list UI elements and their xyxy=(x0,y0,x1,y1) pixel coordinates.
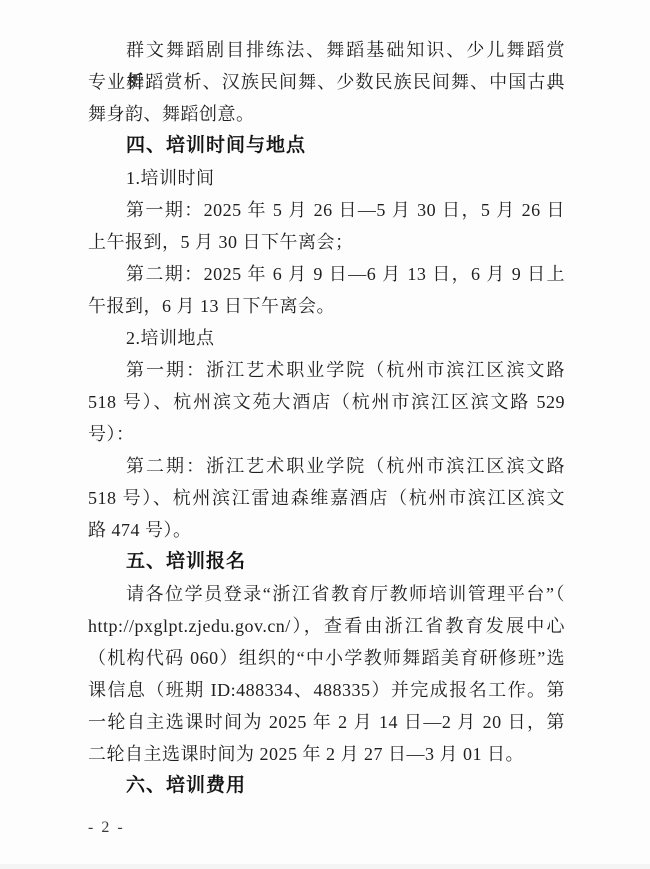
page-number: - 2 - xyxy=(88,812,125,844)
page-bottom-edge xyxy=(0,864,650,869)
text-line: 二轮自主选课时间为 2025 年 2 月 27 日—3 月 01 日。 xyxy=(88,738,565,770)
text-line: 路 474 号）。 xyxy=(88,514,565,546)
text-line: 午报到，6 月 13 日下午离会。 xyxy=(88,290,565,322)
text-line: 一轮自主选课时间为 2025 年 2 月 14 日—2 月 20 日，第 xyxy=(88,706,565,738)
text-line: 上午报到，5 月 30 日下午离会； xyxy=(88,226,565,258)
section-heading: 四、培训时间与地点 xyxy=(88,130,565,162)
text-line: 第一期：浙江艺术职业学院（杭州市滨江区滨文路 xyxy=(88,354,565,386)
text-line: 第二期：2025 年 6 月 9 日—6 月 13 日，6 月 9 日上 xyxy=(88,258,565,290)
text-line: 号）： xyxy=(88,418,565,450)
text-line: 舞身韵、舞蹈创意。 xyxy=(88,98,565,130)
text-line: （机构代码 060）组织的“中小学教师舞蹈美育研修班”选 xyxy=(88,642,565,674)
document-body: 群文舞蹈剧目排练法、舞蹈基础知识、少儿舞蹈赏析、专业舞蹈赏析、汉族民间舞、少数民… xyxy=(88,34,565,802)
document-page: 群文舞蹈剧目排练法、舞蹈基础知识、少儿舞蹈赏析、专业舞蹈赏析、汉族民间舞、少数民… xyxy=(0,0,650,869)
text-line: 专业舞蹈赏析、汉族民间舞、少数民族民间舞、中国古典 xyxy=(88,66,565,98)
text-line: 群文舞蹈剧目排练法、舞蹈基础知识、少儿舞蹈赏析、 xyxy=(88,34,565,66)
section-heading: 五、培训报名 xyxy=(88,546,565,578)
text-line: 课信息（班期 ID:488334、488335）并完成报名工作。第 xyxy=(88,674,565,706)
text-line: 518 号）、杭州滨江雷迪森维嘉酒店（杭州市滨江区滨文 xyxy=(88,482,565,514)
text-line: 第一期：2025 年 5 月 26 日—5 月 30 日，5 月 26 日 xyxy=(88,194,565,226)
text-line: 请各位学员登录“浙江省教育厅教师培训管理平台”（ xyxy=(88,578,565,610)
text-line: 518 号）、杭州滨文苑大酒店（杭州市滨江区滨文路 529 xyxy=(88,386,565,418)
section-heading: 六、培训费用 xyxy=(88,770,565,802)
text-line: 2.培训地点 xyxy=(88,322,565,354)
text-line: 第二期：浙江艺术职业学院（杭州市滨江区滨文路 xyxy=(88,450,565,482)
text-line: http://pxglpt.zjedu.gov.cn/），查看由浙江省教育发展中… xyxy=(88,610,565,642)
text-line: 1.培训时间 xyxy=(88,162,565,194)
